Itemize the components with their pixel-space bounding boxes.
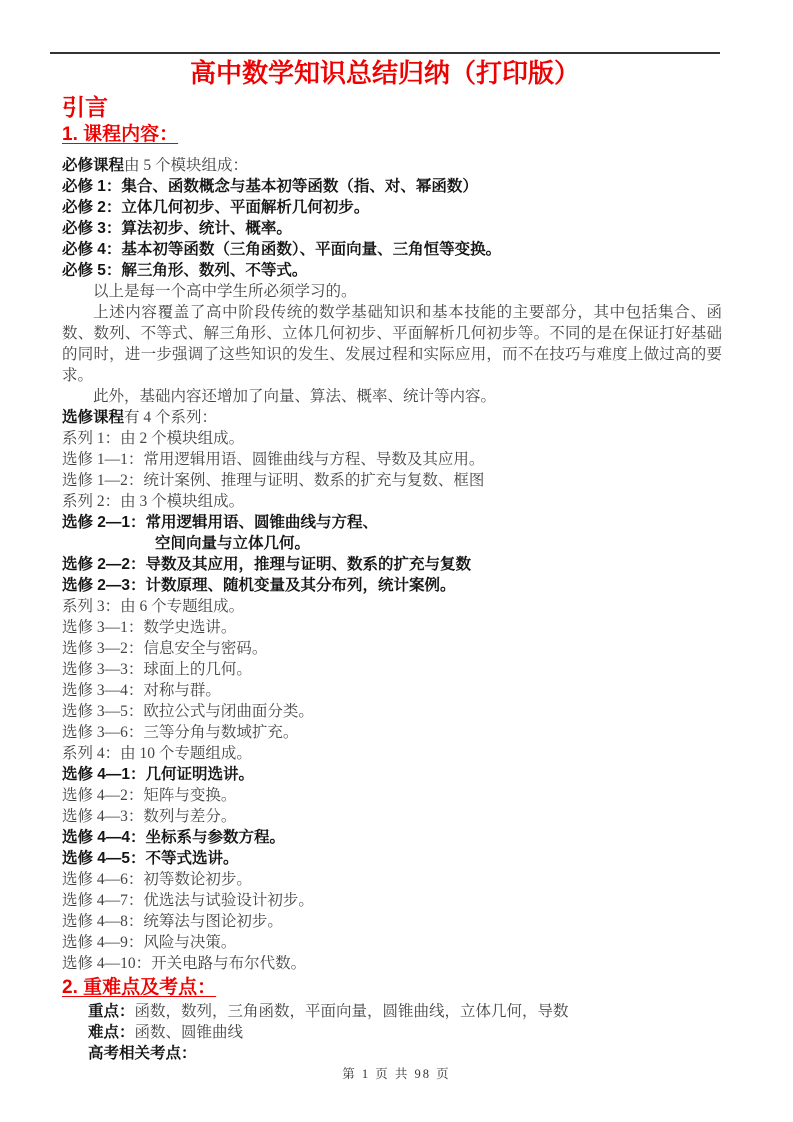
doc-line: 高考相关考点： [62, 1043, 722, 1064]
doc-line: 选修 1—2：统计案例、推理与证明、数系的扩充与复数、框图 [62, 470, 722, 491]
doc-line: 选修 4—3：数列与差分。 [62, 806, 722, 827]
doc-line: 选修 3—6：三等分角与数域扩充。 [62, 722, 722, 743]
doc-line: 空间向量与立体几何。 [62, 533, 722, 554]
paragraph: 上述内容覆盖了高中阶段传统的数学基础知识和基本技能的主要部分，其中包括集合、函数… [62, 302, 722, 386]
doc-line: 选修 4—2：矩阵与变换。 [62, 785, 722, 806]
intro-heading: 引言 [62, 92, 722, 122]
doc-line: 选修 4—6：初等数论初步。 [62, 869, 722, 890]
document-page: 高中数学知识总结归纳（打印版） 引言 1. 课程内容： 必修课程由 5 个模块组… [0, 0, 793, 1122]
doc-line: 重点：函数，数列，三角函数，平面向量，圆锥曲线，立体几何，导数 [62, 1001, 722, 1022]
line-label: 重点： [88, 1003, 135, 1020]
doc-line: 选修 4—4：坐标系与参数方程。 [62, 827, 722, 848]
doc-line: 选修 4—8：统筹法与图论初步。 [62, 911, 722, 932]
document-sections: 1. 课程内容： 必修课程由 5 个模块组成：必修 1：集合、函数概念与基本初等… [62, 122, 722, 1064]
page-title: 高中数学知识总结归纳（打印版） [50, 56, 720, 90]
page-number-footer: 第 1 页 共 98 页 [0, 1064, 793, 1082]
line-label: 选修课程 [62, 409, 124, 426]
doc-line: 选修 3—5：欧拉公式与闭曲面分类。 [62, 701, 722, 722]
doc-line: 选修 3—3：球面上的几何。 [62, 659, 722, 680]
doc-line: 选修 4—5：不等式选讲。 [62, 848, 722, 869]
doc-line: 必修课程由 5 个模块组成： [62, 155, 722, 176]
doc-line: 选修 3—2：信息安全与密码。 [62, 638, 722, 659]
doc-line: 必修 4：基本初等函数（三角函数）、平面向量、三角恒等变换。 [62, 239, 722, 260]
doc-line: 选修 2—3：计数原理、随机变量及其分布列，统计案例。 [62, 575, 722, 596]
doc-line: 选修 2—2：导数及其应用，推理与证明、数系的扩充与复数 [62, 554, 722, 575]
doc-line: 选修 4—1：几何证明选讲。 [62, 764, 722, 785]
doc-line: 选修 1—1：常用逻辑用语、圆锥曲线与方程、导数及其应用。 [62, 449, 722, 470]
doc-line: 系列 4：由 10 个专题组成。 [62, 743, 722, 764]
doc-line: 必修 1：集合、函数概念与基本初等函数（指、对、幂函数） [62, 176, 722, 197]
doc-line: 选修课程有 4 个系列： [62, 407, 722, 428]
doc-line: 选修 4—10：开关电路与布尔代数。 [62, 953, 722, 974]
doc-line: 选修 2—1：常用逻辑用语、圆锥曲线与方程、 [62, 512, 722, 533]
doc-line: 必修 3：算法初步、统计、概率。 [62, 218, 722, 239]
document-content: 高中数学知识总结归纳（打印版） 引言 1. 课程内容： 必修课程由 5 个模块组… [62, 56, 722, 1064]
doc-line: 选修 3—4：对称与群。 [62, 680, 722, 701]
section-heading: 2. 重难点及考点： [62, 975, 722, 1001]
header-rule [50, 52, 720, 54]
doc-line: 选修 4—7：优选法与试验设计初步。 [62, 890, 722, 911]
doc-line: 选修 3—1：数学史选讲。 [62, 617, 722, 638]
doc-line: 选修 4—9：风险与决策。 [62, 932, 722, 953]
paragraph: 以上是每一个高中学生所必须学习的。 [62, 281, 722, 302]
paragraph: 此外，基础内容还增加了向量、算法、概率、统计等内容。 [62, 386, 722, 407]
line-label: 难点： [88, 1024, 135, 1041]
doc-line: 系列 2：由 3 个模块组成。 [62, 491, 722, 512]
doc-line: 难点：函数、圆锥曲线 [62, 1022, 722, 1043]
line-label: 必修课程 [62, 157, 124, 174]
doc-line: 系列 1：由 2 个模块组成。 [62, 428, 722, 449]
section-heading: 1. 课程内容： [62, 122, 722, 147]
doc-line: 必修 2：立体几何初步、平面解析几何初步。 [62, 197, 722, 218]
doc-line: 系列 3：由 6 个专题组成。 [62, 596, 722, 617]
doc-line: 必修 5：解三角形、数列、不等式。 [62, 260, 722, 281]
